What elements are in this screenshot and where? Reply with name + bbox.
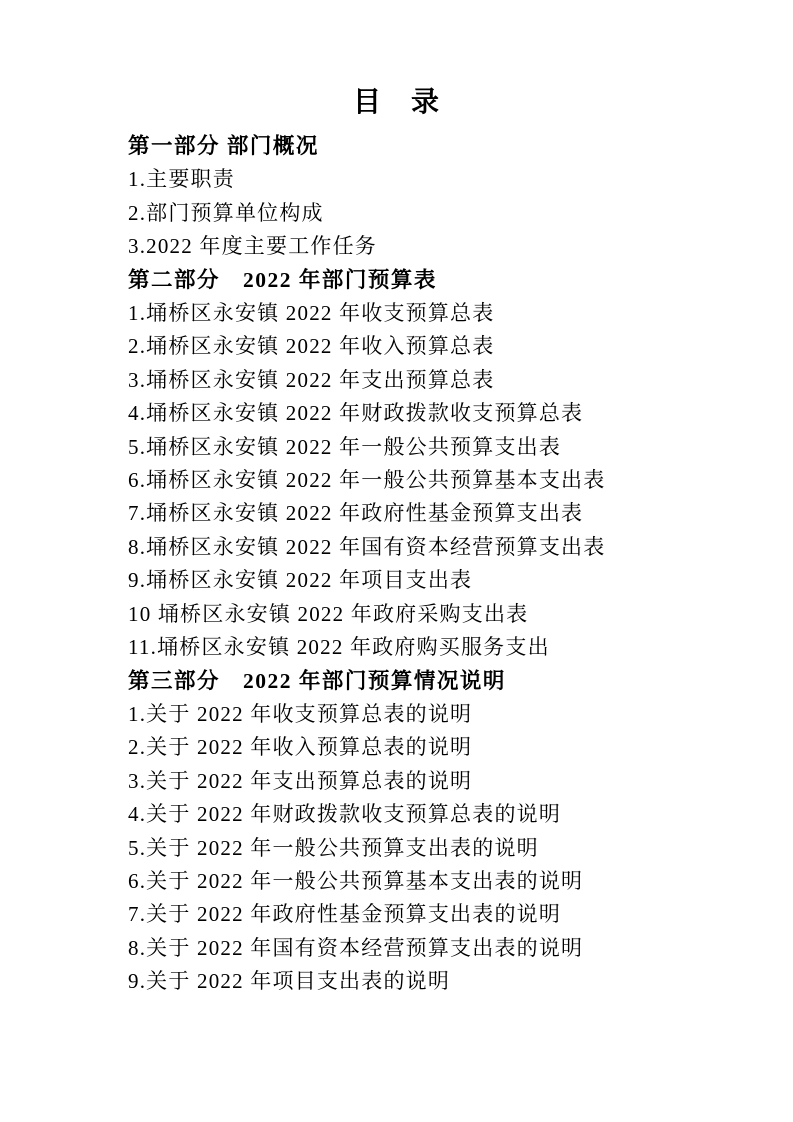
- toc-entry: 4.关于 2022 年财政拨款收支预算总表的说明: [128, 798, 793, 831]
- toc-entry: 2.部门预算单位构成: [128, 197, 793, 230]
- toc-list: 第一部分 部门概况 1.主要职责 2.部门预算单位构成 3.2022 年度主要工…: [128, 130, 793, 999]
- toc-entry: 2.关于 2022 年收入预算总表的说明: [128, 731, 793, 764]
- toc-entry: 5.埇桥区永安镇 2022 年一般公共预算支出表: [128, 431, 793, 464]
- toc-title: 目 录: [0, 0, 793, 122]
- toc-entry: 10 埇桥区永安镇 2022 年政府采购支出表: [128, 598, 793, 631]
- toc-entry: 8.关于 2022 年国有资本经营预算支出表的说明: [128, 932, 793, 965]
- toc-entry: 2.埇桥区永安镇 2022 年收入预算总表: [128, 330, 793, 363]
- toc-entry: 6.埇桥区永安镇 2022 年一般公共预算基本支出表: [128, 464, 793, 497]
- toc-entry: 11.埇桥区永安镇 2022 年政府购买服务支出: [128, 631, 793, 664]
- toc-entry: 4.埇桥区永安镇 2022 年财政拨款收支预算总表: [128, 397, 793, 430]
- toc-entry: 1.埇桥区永安镇 2022 年收支预算总表: [128, 297, 793, 330]
- toc-entry: 3.关于 2022 年支出预算总表的说明: [128, 765, 793, 798]
- toc-entry: 1.关于 2022 年收支预算总表的说明: [128, 698, 793, 731]
- toc-entry: 9.关于 2022 年项目支出表的说明: [128, 965, 793, 998]
- section-heading-part1: 第一部分 部门概况: [128, 130, 793, 163]
- section-heading-part2: 第二部分 2022 年部门预算表: [128, 264, 793, 297]
- toc-entry: 5.关于 2022 年一般公共预算支出表的说明: [128, 832, 793, 865]
- toc-entry: 7.埇桥区永安镇 2022 年政府性基金预算支出表: [128, 497, 793, 530]
- toc-entry: 3.埇桥区永安镇 2022 年支出预算总表: [128, 364, 793, 397]
- section-heading-part3: 第三部分 2022 年部门预算情况说明: [128, 665, 793, 698]
- toc-entry: 6.关于 2022 年一般公共预算基本支出表的说明: [128, 865, 793, 898]
- document-page: 目 录 第一部分 部门概况 1.主要职责 2.部门预算单位构成 3.2022 年…: [0, 0, 793, 1122]
- toc-entry: 8.埇桥区永安镇 2022 年国有资本经营预算支出表: [128, 531, 793, 564]
- toc-entry: 3.2022 年度主要工作任务: [128, 230, 793, 263]
- toc-entry: 9.埇桥区永安镇 2022 年项目支出表: [128, 564, 793, 597]
- toc-entry: 1.主要职责: [128, 163, 793, 196]
- toc-entry: 7.关于 2022 年政府性基金预算支出表的说明: [128, 898, 793, 931]
